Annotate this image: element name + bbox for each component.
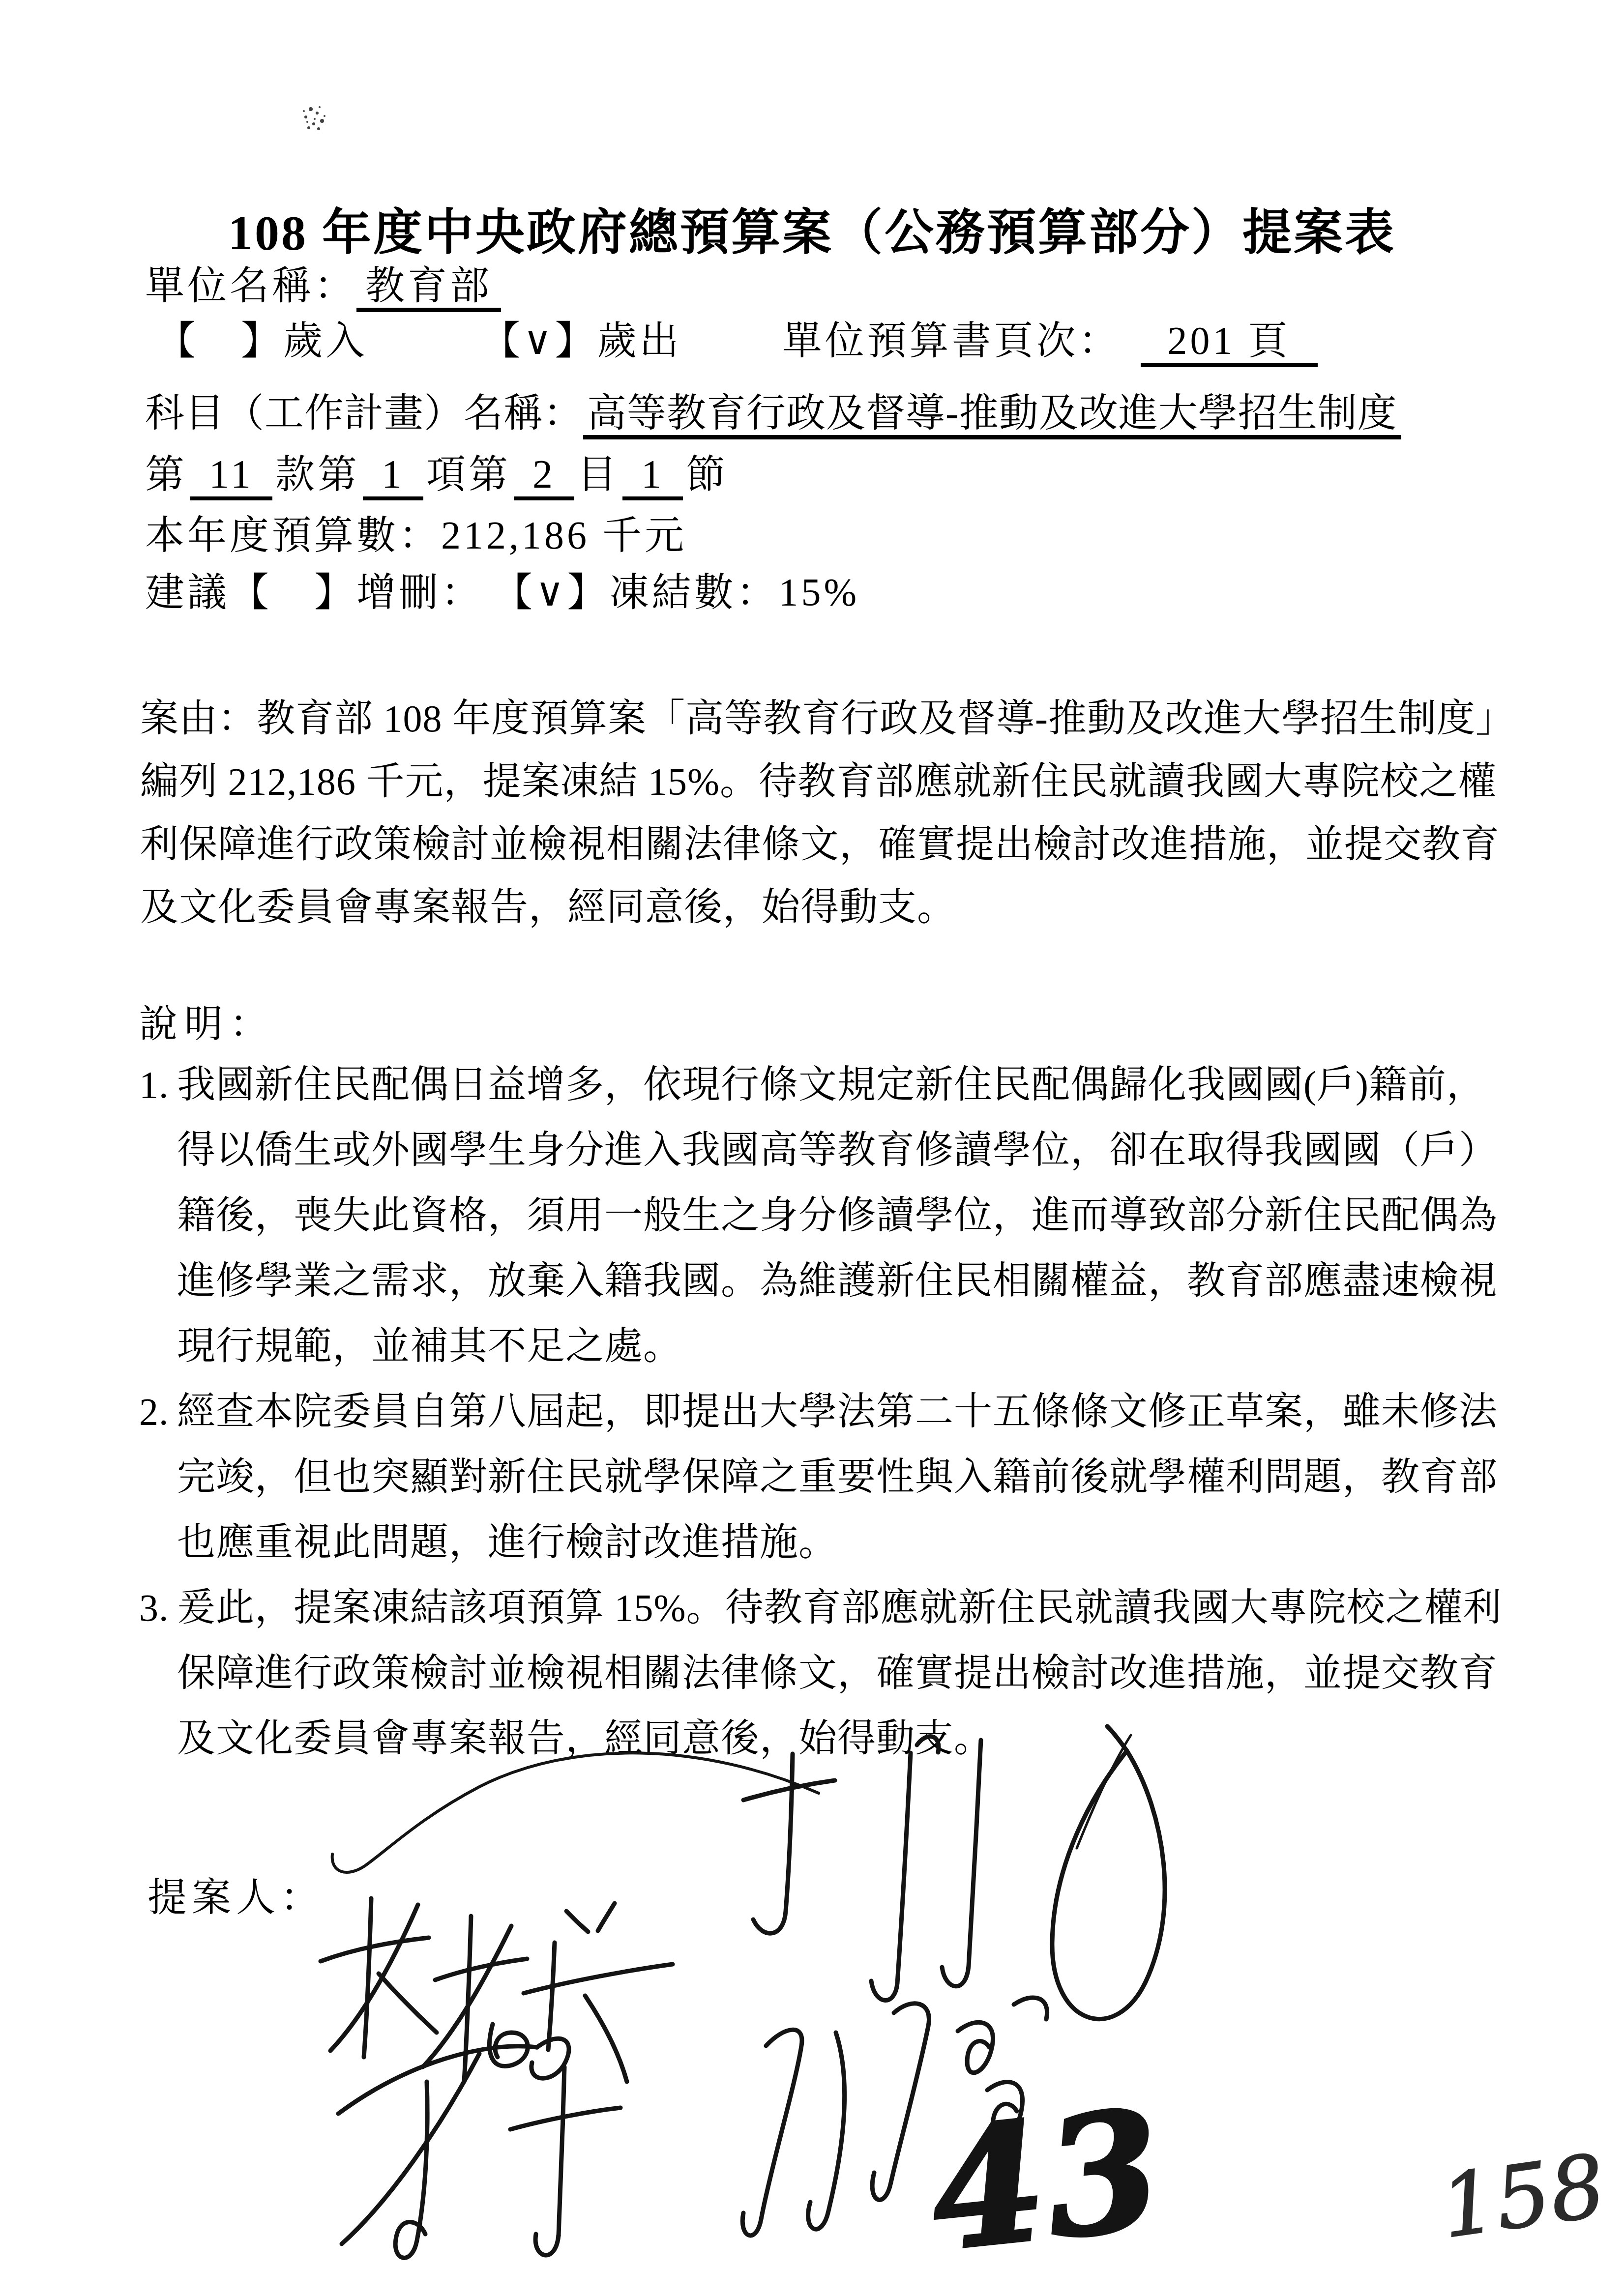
clause-label-4: 目 xyxy=(577,453,620,496)
budget-row: 本年度預算數：212,186 千元 xyxy=(145,514,687,557)
freeze-value: 15% xyxy=(779,571,860,614)
proposer-label: 提案人： xyxy=(148,1865,325,1922)
scanned-budget-proposal-form: 108 年度中央政府總預算案（公務預算部分）提案表 單位名稱：教育部 【 】歲入… xyxy=(0,0,1624,2296)
page-ref-value: 201 頁 xyxy=(1141,320,1318,367)
suggestion-row: 建議【 】增刪：【∨】凍結數：15% xyxy=(145,571,859,614)
case-line: 編列 212,186 千元，提案凍結 15%。待教育部應就新住民就讀我國大專院校… xyxy=(140,761,1497,802)
item-line: 得以僑生或外國學生身分進入我國高等教育修讀學位，卻在取得我國國（戶） xyxy=(177,1130,1498,1171)
clause-label-3: 項第 xyxy=(426,453,511,496)
case-line: 及文化委員會專案報告，經同意後，始得動支。 xyxy=(140,887,956,928)
clause-number-jie: 1 xyxy=(622,452,683,500)
signature-3 xyxy=(338,2038,620,2258)
subject-row: 科目（工作計畫）名稱：高等教育行政及督導-推動及改進大學招生制度 xyxy=(145,392,1401,435)
clause-number-kuan: 11 xyxy=(190,452,272,500)
page-title: 108 年度中央政府總預算案（公務預算部分）提案表 xyxy=(0,193,1624,263)
item-line: 也應重視此問題，進行檢討改進措施。 xyxy=(177,1522,837,1563)
budget-label: 本年度預算數： xyxy=(145,514,441,557)
subject-value: 高等教育行政及督導-推動及改進大學招生制度 xyxy=(583,392,1401,439)
scan-noise-blob xyxy=(303,106,325,130)
handwritten-vote-number: 43 xyxy=(922,2073,1172,2287)
page-ref-label: 單位預算書頁次： xyxy=(783,320,1121,363)
case-line: 案由：教育部 108 年度預算案「高等教育行政及督導-推動及改進大學招生制度」 xyxy=(140,698,1514,739)
expenditure-checkbox: 【∨】 xyxy=(481,320,597,363)
unit-name-label: 單位名稱： xyxy=(145,264,356,308)
signature-flourish xyxy=(332,1753,819,1872)
clause-number-mu: 2 xyxy=(514,452,574,500)
item-line: 經查本院委員自第八屆起，即提出大學法第二十五條條文修正草案，雖未修法 xyxy=(177,1391,1498,1432)
revenue-label: 歲入 xyxy=(283,320,368,363)
item-line: 進修學業之需求，放棄入籍我國。為維護新住民相關權益，教育部應盡速檢視 xyxy=(177,1260,1498,1302)
explanation-heading: 說明： xyxy=(139,1004,275,1045)
item-line: 及文化委員會專案報告，經同意後，始得動支。 xyxy=(177,1718,993,1759)
signature-1 xyxy=(321,1898,673,2082)
item-line: 現行規範，並補其不足之處。 xyxy=(177,1326,682,1367)
expenditure-label: 歲出 xyxy=(597,320,682,363)
delete-label: 增刪： xyxy=(356,571,483,614)
signature-4 xyxy=(742,1998,1047,2236)
subject-label: 科目（工作計畫）名稱： xyxy=(145,392,583,435)
unit-name-value: 教育部 xyxy=(356,264,501,312)
revenue-checkbox: 【 】 xyxy=(156,320,283,363)
freeze-checkbox: 【∨】 xyxy=(513,571,610,614)
budget-value: 212,186 千元 xyxy=(441,514,687,557)
item-number: 3. xyxy=(139,1587,169,1628)
clause-label-5: 節 xyxy=(686,453,728,496)
case-line: 利保障進行政策檢討並檢視相關法律條文，確實提出檢討改進措施，並提交教育 xyxy=(140,824,1500,865)
handwritten-page-number: 158 xyxy=(1435,2136,1611,2258)
delete-checkbox: 【 】 xyxy=(230,571,356,614)
item-number: 2. xyxy=(139,1391,169,1432)
item-line: 我國新住民配偶日益增多，依現行條文規定新住民配偶歸化我國國(戶)籍前， xyxy=(177,1064,1485,1105)
clause-label-1: 第 xyxy=(145,453,187,496)
freeze-label: 凍結數： xyxy=(610,571,779,614)
signature-2 xyxy=(743,1726,1165,2019)
clause-row: 第11款第1項第2目1節 xyxy=(145,452,728,496)
suggestion-label: 建議 xyxy=(145,571,230,614)
clause-number-xiang: 1 xyxy=(363,452,423,500)
item-line: 保障進行政策檢討並檢視相關法律條文，確實提出檢討改進措施，並提交教育 xyxy=(177,1653,1498,1694)
unit-name-row: 單位名稱：教育部 xyxy=(145,264,501,308)
clause-label-2: 款第 xyxy=(275,453,360,496)
item-number: 1. xyxy=(139,1064,169,1105)
item-line: 籍後，喪失此資格，須用一般生之身分修讀學位，進而導致部分新住民配偶為 xyxy=(177,1195,1498,1236)
item-line: 完竣，但也突顯對新住民就學保障之重要性與入籍前後就學權利問題，教育部 xyxy=(177,1456,1498,1498)
budget-type-row: 【 】歲入【∨】歲出單位預算書頁次：201 頁 xyxy=(156,320,1318,363)
item-line: 爰此，提案凍結該項預算 15%。待教育部應就新住民就讀我國大專院校之權利 xyxy=(177,1587,1502,1628)
